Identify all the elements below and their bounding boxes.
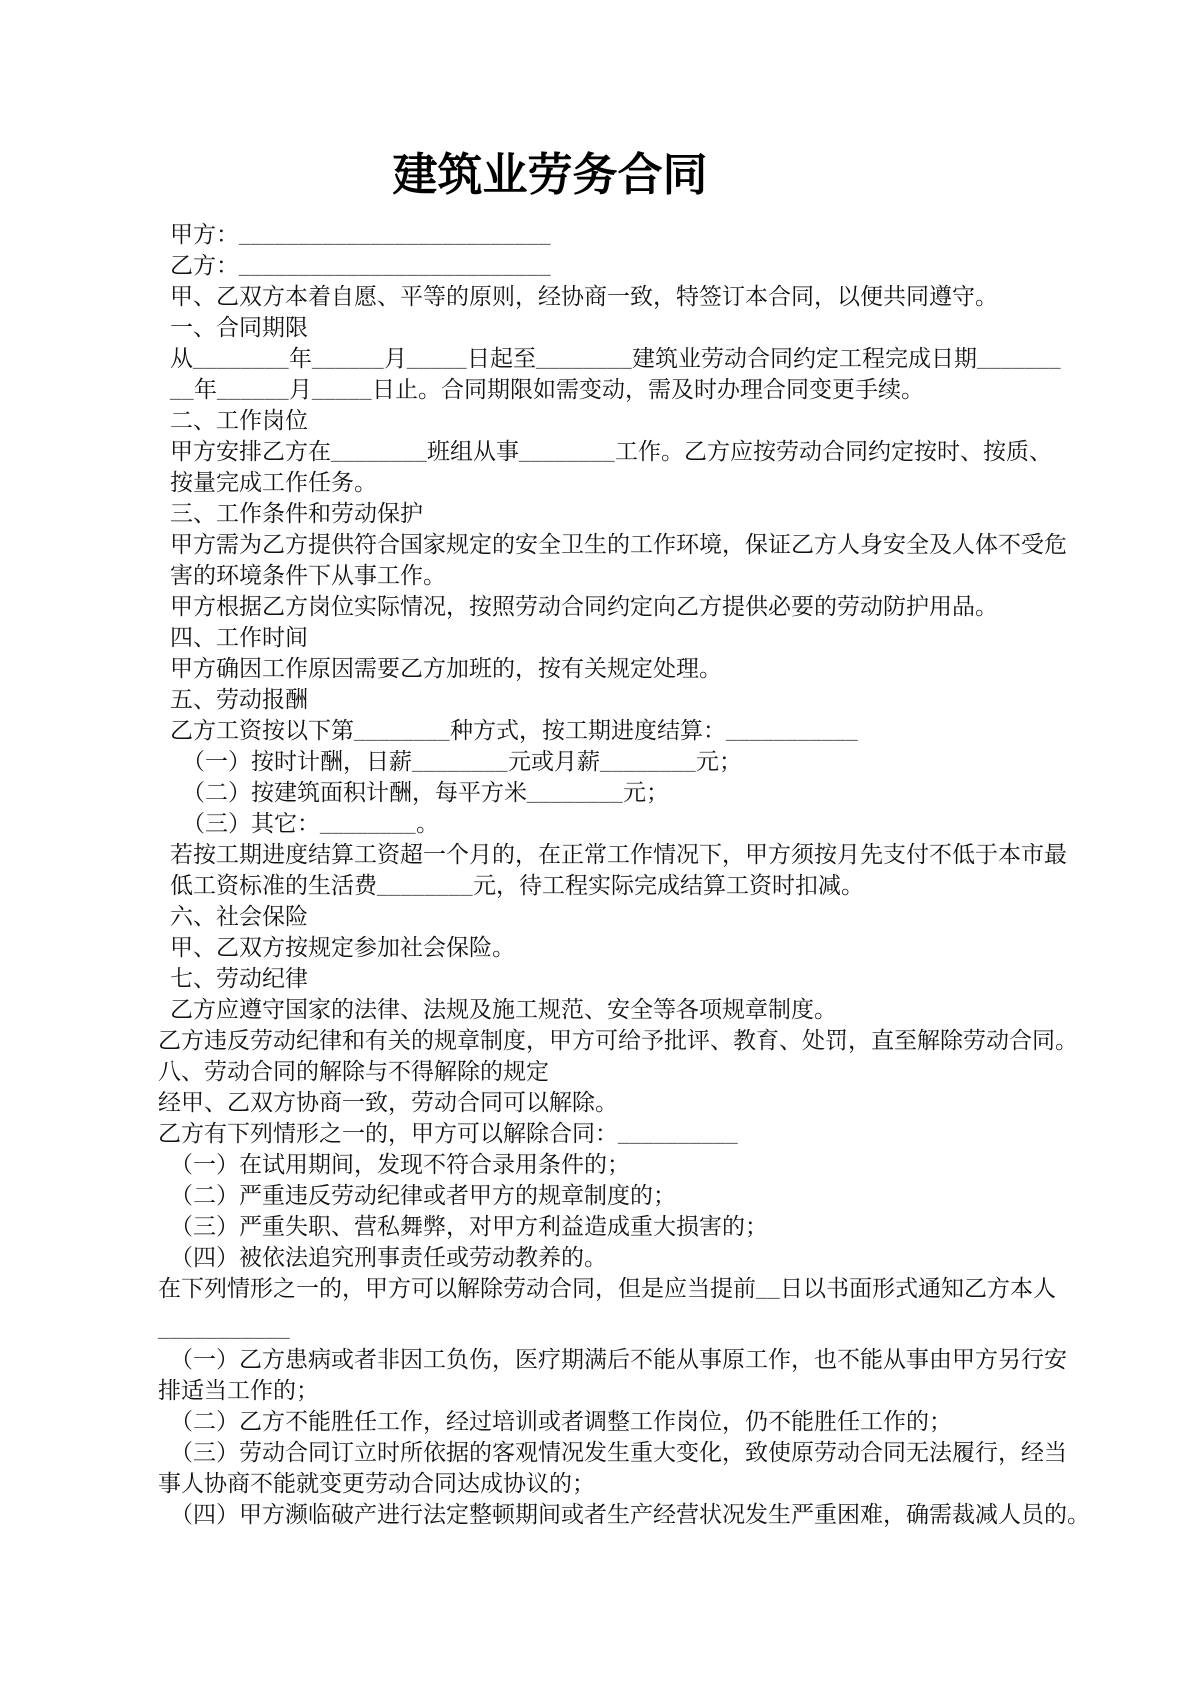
contract-line: 若按工期进度结算工资超一个月的，在正常工作情况下，甲方须按月先支付不低于本市最 <box>170 839 1050 870</box>
contract-line: __年______月_____日止。合同期限如需变动，需及时办理合同变更手续。 <box>170 374 1050 405</box>
contract-line: （二）按建筑面积计酬，每平方米________元； <box>170 777 1050 808</box>
fill-in-blank: __ <box>170 377 194 402</box>
contract-line: （三）严重失职、营私舞弊，对甲方利益造成重大损害的； <box>158 1211 1050 1242</box>
fill-in-blank: _______ <box>977 346 1061 371</box>
fill-in-blank: __________________________ <box>239 253 551 278</box>
contract-line: 三、工作条件和劳动保护 <box>170 498 1050 529</box>
contract-body: 甲方：__________________________乙方：________… <box>170 219 1050 1530</box>
contract-line: （二）严重违反劳动纪律或者甲方的规章制度的； <box>158 1180 1050 1211</box>
contract-line: （三）其它：________。 <box>170 808 1050 839</box>
fill-in-blank: ________ <box>536 346 632 371</box>
fill-in-blank: ________ <box>527 780 623 805</box>
contract-line: 乙方：__________________________ <box>170 250 1050 281</box>
fill-in-blank: ___________ <box>726 718 858 743</box>
contract-line: 排适当工作的； <box>158 1375 1050 1406</box>
contract-line: 经甲、乙双方协商一致，劳动合同可以解除。 <box>158 1087 1050 1118</box>
contract-line: 乙方工资按以下第________种方式，按工期进度结算：___________ <box>170 715 1050 746</box>
fill-in-blank: ________ <box>193 346 289 371</box>
contract-document: 建筑业劳务合同 甲方：__________________________乙方：… <box>0 0 1190 1683</box>
fill-in-blank: ________ <box>519 439 615 464</box>
fill-in-blank: _____ <box>407 346 467 371</box>
contract-line: 甲方根据乙方岗位实际情况，按照劳动合同约定向乙方提供必要的劳动防护用品。 <box>170 591 1050 622</box>
contract-line: （三）劳动合同订立时所依据的客观情况发生重大变化，致使原劳动合同无法履行，经当 <box>158 1437 1050 1468</box>
fill-in-blank: ___________ <box>158 1316 290 1341</box>
fill-in-blank: _____ <box>312 377 372 402</box>
contract-line: 五、劳动报酬 <box>170 684 1050 715</box>
fill-in-blank: __________________________ <box>239 222 551 247</box>
contract-line: 乙方违反劳动纪律和有关的规章制度，甲方可给予批评、教育、处罚，直至解除劳动合同。 <box>158 1025 1050 1056</box>
fill-in-blank: ______ <box>312 346 384 371</box>
contract-line: 甲方：__________________________ <box>170 219 1050 250</box>
contract-line: 甲、乙双方按规定参加社会保险。 <box>170 932 1050 963</box>
contract-line: 甲方确因工作原因需要乙方加班的，按有关规定处理。 <box>170 653 1050 684</box>
contract-line: 害的环境条件下从事工作。 <box>170 560 1050 591</box>
contract-line: 乙方应遵守国家的法律、法规及施工规范、安全等各项规章制度。 <box>170 994 1050 1025</box>
fill-in-blank: ________ <box>354 718 450 743</box>
fill-in-blank: ________ <box>412 749 508 774</box>
contract-line: （一）在试用期间，发现不符合录用条件的； <box>158 1149 1050 1180</box>
fill-in-blank: __ <box>756 1276 780 1301</box>
fill-in-blank: __________ <box>618 1121 738 1146</box>
contract-line: （一）乙方患病或者非因工负伤，医疗期满后不能从事原工作，也不能从事由甲方另行安 <box>158 1344 1050 1375</box>
contract-line: 按量完成工作任务。 <box>170 467 1050 498</box>
fill-in-blank: ______ <box>217 377 289 402</box>
contract-line: （二）乙方不能胜任工作，经过培训或者调整工作岗位，仍不能胜任工作的； <box>158 1406 1050 1437</box>
contract-line: 事人协商不能就变更劳动合同达成协议的； <box>158 1468 1050 1499</box>
contract-line: （四）被依法追究刑事责任或劳动教养的。 <box>158 1242 1050 1273</box>
contract-line: 二、工作岗位 <box>170 405 1050 436</box>
contract-line: 低工资标准的生活费________元，待工程实际完成结算工资时扣减。 <box>170 870 1050 901</box>
contract-line: 七、劳动纪律 <box>170 963 1050 994</box>
contract-line: （一）按时计酬，日薪________元或月薪________元； <box>170 746 1050 777</box>
fill-in-blank: ________ <box>600 749 696 774</box>
contract-line: 从________年______月_____日起至________建筑业劳动合同… <box>170 343 1050 374</box>
contract-line: 在下列情形之一的，甲方可以解除劳动合同，但是应当提前__日以书面形式通知乙方本人 <box>158 1273 1050 1304</box>
contract-line: 甲、乙双方本着自愿、平等的原则，经协商一致，特签订本合同，以便共同遵守。 <box>170 281 1050 312</box>
contract-line: 一、合同期限 <box>170 312 1050 343</box>
fill-in-blank: ________ <box>320 811 416 836</box>
contract-line: 甲方安排乙方在________班组从事________工作。乙方应按劳动合同约定… <box>170 436 1050 467</box>
contract-line: ___________ <box>158 1313 1050 1344</box>
contract-line: （四）甲方濒临破产进行法定整顿期间或者生产经营状况发生严重困难，确需裁减人员的。 <box>158 1499 1050 1530</box>
fill-in-blank: ________ <box>377 873 473 898</box>
contract-line: 八、劳动合同的解除与不得解除的规定 <box>158 1056 1050 1087</box>
document-title: 建筑业劳务合同 <box>170 145 930 205</box>
contract-line: 甲方需为乙方提供符合国家规定的安全卫生的工作环境，保证乙方人身安全及人体不受危 <box>170 529 1050 560</box>
contract-line: 四、工作时间 <box>170 622 1050 653</box>
fill-in-blank: ________ <box>331 439 427 464</box>
contract-line: 六、社会保险 <box>170 901 1050 932</box>
contract-line: 乙方有下列情形之一的，甲方可以解除合同：__________ <box>158 1118 1050 1149</box>
